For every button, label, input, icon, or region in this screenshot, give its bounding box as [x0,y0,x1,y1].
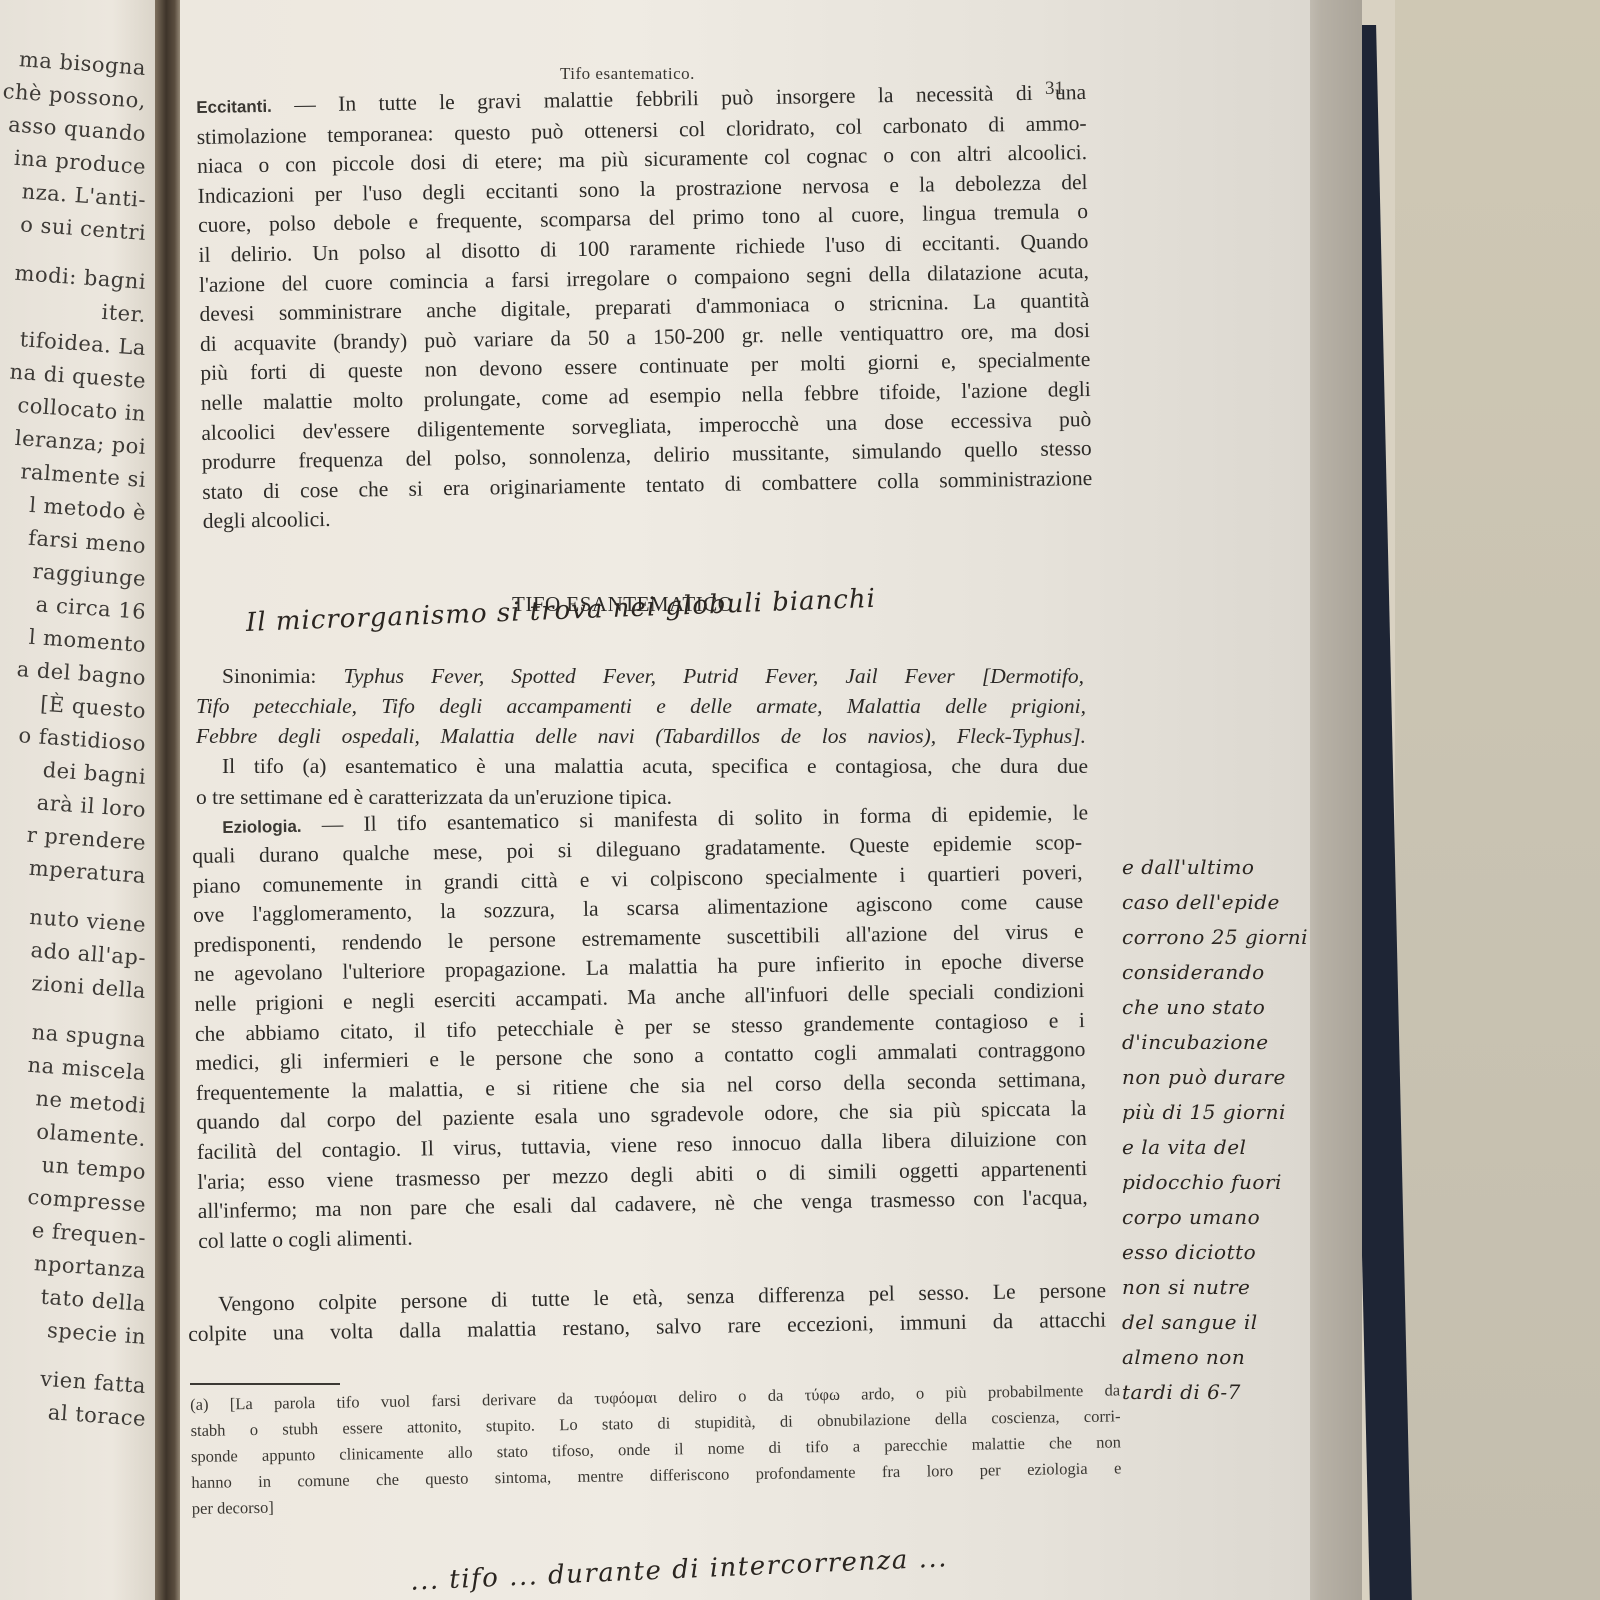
handwritten-line: del sangue il [1122,1305,1312,1340]
footnote: (a) [La parola tifo vuol farsi derivare … [190,1377,1122,1522]
handwritten-line: almeno non [1122,1340,1312,1375]
handwritten-line: non può durare [1122,1060,1312,1095]
run-in-heading-eccitanti: Eccitanti. [196,97,272,117]
eccitanti-paragraph: Eccitanti. — In tutte le gravi malattie … [196,78,1093,537]
handwritten-line: e la vita del [1122,1130,1312,1165]
sinonimia-paragraph: Sinonimia: Typhus Fever, Spotted Fever, … [222,662,1084,692]
eccitanti-lines: stimolazione temporanea: questo può otte… [196,109,1092,537]
sinonimia-label: Sinonimia: [222,664,316,688]
margin-handwritten-note: e dall'ultimocaso dell'epidecorrono 25 g… [1122,850,1312,1410]
eziologia-paragraph: quali durano qualche mese, poi si dilegu… [192,828,1088,1256]
book-photo: ma bisognachè possono,asso quandoina pro… [0,0,1600,1600]
background-wall [1395,0,1600,1600]
handwritten-line: esso diciotto [1122,1235,1312,1270]
handwritten-line: non si nutre [1122,1270,1312,1305]
definition-line-1: Il tifo (a) esantematico è una malattia … [222,752,1088,782]
handwritten-line: considerando [1122,955,1312,990]
left-page-text: ma bisognachè possono,asso quandoina pro… [0,52,146,1436]
handwritten-line: corrono 25 giorni [1122,920,1312,955]
handwritten-line: più di 15 giorni [1122,1095,1312,1130]
handwritten-line: pidocchio fuori [1122,1165,1312,1200]
left-page: ma bisognachè possono,asso quandoina pro… [0,0,160,1600]
text-line: Sinonimia: Typhus Fever, Spotted Fever, … [222,662,1084,692]
handwritten-line: d'incubazione [1122,1025,1312,1060]
handwritten-line: e dall'ultimo [1122,850,1312,885]
handwritten-line: caso dell'epide [1122,885,1312,920]
handwritten-line: corpo umano [1122,1200,1312,1235]
book-gutter [155,0,183,1600]
run-in-heading-eziologia: Eziologia. [222,817,302,837]
handwritten-line: che uno stato [1122,990,1312,1025]
handwritten-line: tardi di 6-7 [1122,1375,1312,1410]
running-head: Tifo esantematico. [560,64,695,84]
footnote-rule [190,1383,340,1385]
sinonimia-continued: Tifo petecchiale, Tifo degli accampament… [196,692,1086,751]
